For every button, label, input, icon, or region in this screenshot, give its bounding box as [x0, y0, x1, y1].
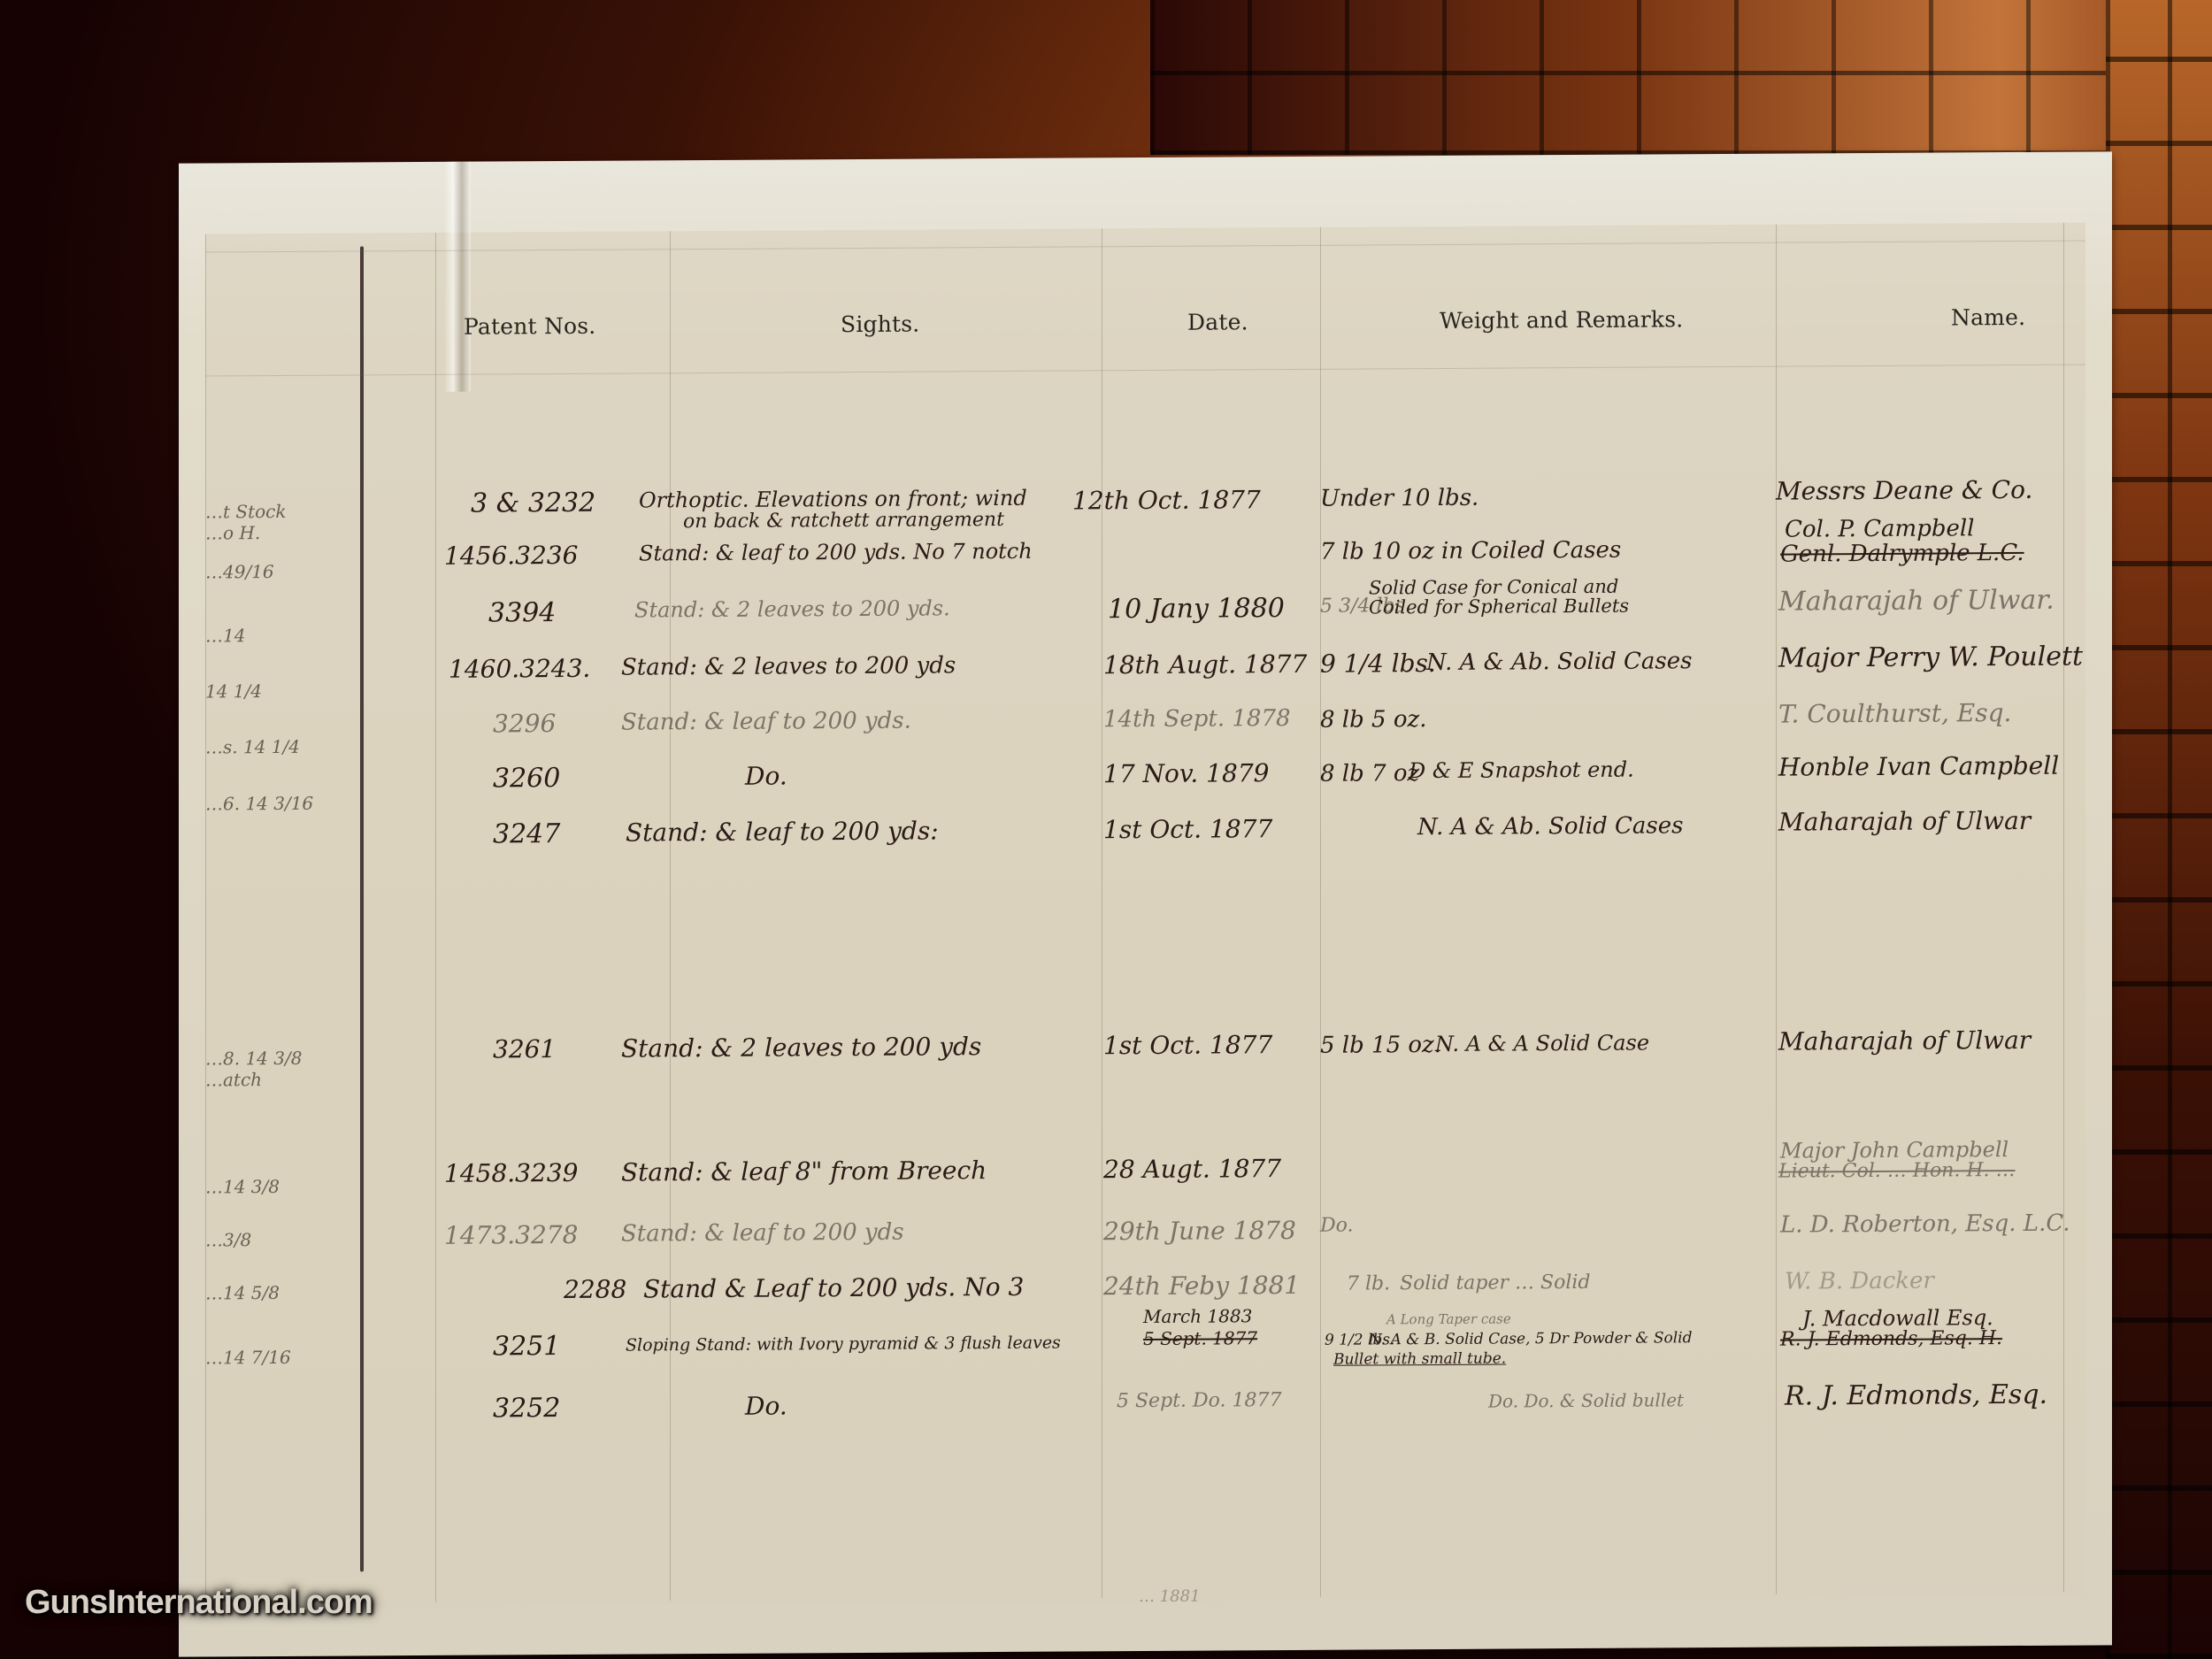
date-struck-text: 5 Sept. 1877: [1143, 1329, 1257, 1348]
remarks-weight: 8 lb 5 oz.: [1320, 708, 1426, 732]
remarks-text: Do.: [1320, 1217, 1354, 1236]
name-text: J. Macdowall Esq.: [1802, 1307, 1993, 1329]
remarks-weight: 7 lb.: [1347, 1274, 1390, 1294]
margin-note: 14 1/4: [205, 680, 262, 702]
paper-fold: [444, 162, 471, 392]
column-rule: [1102, 228, 1102, 1598]
patent-number: 2288: [564, 1278, 626, 1302]
margin-note: …6. 14 3/16: [205, 793, 313, 815]
patent-number: 1458.3239: [444, 1161, 578, 1187]
remarks-text: Solid taper … Solid: [1400, 1273, 1591, 1294]
remarks-text: 7 lb 10 oz in Coiled Cases: [1320, 539, 1621, 564]
column-rule: [435, 233, 436, 1602]
sights-text: Stand: & 2 leaves to 200 yds: [621, 1034, 981, 1061]
header-weight-remarks: Weight and Remarks.: [1440, 306, 1683, 334]
margin-note: …atch: [205, 1069, 262, 1090]
patent-number: 3251: [493, 1333, 560, 1360]
name-struck-text: R. J. Edmonds, Esq. H.: [1780, 1329, 2002, 1350]
sights-text: Stand: & leaf to 200 yds: [621, 1221, 904, 1246]
sights-text: Stand: & leaf to 200 yds:: [626, 818, 939, 845]
remarks-text: N. A & Ab. Solid Cases: [1426, 649, 1693, 674]
sights-text: Stand: & leaf to 200 yds.: [621, 710, 911, 734]
patent-number: 3394: [488, 600, 556, 626]
sights-text: Do.: [745, 764, 787, 788]
watermark-logo: GunsInternational.com: [25, 1584, 373, 1622]
date-text: 18th Augt. 1877: [1103, 652, 1307, 678]
remarks-text: N. A & B. Solid Case, 5 Dr Powder & Soli…: [1369, 1331, 1692, 1348]
patent-number: 3260: [493, 765, 560, 792]
remarks-text: N. A & A Solid Case: [1435, 1033, 1649, 1055]
name-struck-text: Lieut. Col. … Hon. H. …: [1778, 1161, 2016, 1182]
sights-text: Stand: & leaf to 200 yds. No 7 notch: [639, 541, 1033, 565]
date-text: 17 Nov. 1879: [1103, 761, 1269, 787]
name-text: Maharajah of Ulwar: [1778, 809, 2031, 835]
column-rule: [205, 234, 206, 1603]
sights-text: Do.: [745, 1394, 787, 1418]
remarks-text: D & E Snapshot end.: [1409, 759, 1634, 782]
name-text: Maharajah of Ulwar: [1778, 1028, 2031, 1055]
patent-number: 1460.3243.: [449, 657, 590, 682]
column-rule: [1320, 227, 1321, 1597]
column-rule: [670, 231, 671, 1601]
remarks-text: Bullet with small tube.: [1333, 1352, 1506, 1368]
sights-text: Sloping Stand: with Ivory pyramid & 3 fl…: [626, 1335, 1061, 1355]
date-text: 1st Oct. 1877: [1103, 817, 1272, 842]
date-text: 24th Feby 1881: [1103, 1273, 1300, 1299]
date-text: 10 Jany 1880: [1108, 595, 1285, 623]
margin-note: …t Stock: [205, 501, 287, 523]
name-text: R. J. Edmonds, Esq.: [1785, 1382, 2047, 1410]
margin-note: …8. 14 3/8: [205, 1048, 302, 1070]
remarks-text: Under 10 lbs.: [1320, 487, 1479, 511]
sights-text: Stand: & leaf 8" from Breech: [621, 1158, 987, 1186]
remarks-note: A Long Taper case: [1386, 1312, 1511, 1326]
margin-rule: [360, 246, 364, 1571]
patent-number: 3 & 3232: [471, 490, 595, 518]
remarks-weight: 5 lb 15 oz.: [1320, 1033, 1441, 1057]
remarks-text: N. A & Ab. Solid Cases: [1417, 814, 1684, 839]
name-text: W. B. Dacker: [1785, 1270, 1934, 1294]
column-rule: [2063, 223, 2064, 1593]
remarks-text: Do. Do. & Solid bullet: [1488, 1391, 1684, 1409]
date-text: 29th June 1878: [1103, 1218, 1296, 1244]
date-text: 12th Oct. 1877: [1072, 488, 1261, 513]
sights-text: Orthoptic. Elevations on front; wind: [639, 488, 1027, 511]
name-text: Honble Ivan Campbell: [1778, 754, 2059, 780]
leather-background-right: [2106, 0, 2212, 1659]
faint-bottom-text: … 1881: [1139, 1589, 1201, 1605]
remarks-weight: 8 lb 7 oz: [1320, 762, 1419, 786]
name-text: Major Perry W. Poulett: [1778, 644, 2083, 672]
remarks-text: Coiled for Spherical Bullets: [1369, 597, 1629, 618]
patent-number: 1456.3236: [444, 543, 578, 569]
name-text: Maharajah of Ulwar.: [1778, 588, 2055, 616]
sights-text: Stand & Leaf to 200 yds. No 3: [643, 1275, 1024, 1302]
margin-note: …14 5/8: [205, 1282, 280, 1304]
patent-number: 3261: [493, 1037, 556, 1062]
header-sights: Sights.: [841, 311, 919, 338]
margin-note: …14 3/8: [205, 1176, 280, 1198]
margin-note: …o H.: [205, 522, 260, 543]
date-text: 5 Sept. Do. 1877: [1117, 1391, 1281, 1411]
date-text: 1st Oct. 1877: [1103, 1033, 1272, 1058]
column-rule: [1776, 225, 1777, 1594]
patent-number: 3252: [493, 1395, 560, 1422]
patent-number: 1473.3278: [444, 1223, 578, 1248]
sights-text: on back & ratchett arrangement: [683, 511, 1004, 532]
sights-text: Stand: & 2 leaves to 200 yds: [621, 654, 956, 679]
header-date: Date.: [1187, 309, 1248, 334]
name-text: L. D. Roberton, Esq. L.C.: [1780, 1212, 2070, 1237]
name-text: Messrs Deane & Co.: [1776, 478, 2032, 504]
name-text: Major John Campbell: [1780, 1139, 2008, 1162]
date-text: March 1883: [1143, 1307, 1252, 1325]
sights-text: Stand: & 2 leaves to 200 yds.: [634, 597, 950, 620]
remarks-weight: 9 1/4 lbs.: [1320, 651, 1436, 677]
margin-note: …49/16: [205, 561, 274, 582]
patent-number: 3247: [493, 821, 560, 848]
name-text: Col. P. Campbell: [1785, 517, 1975, 541]
margin-note: …3/8: [205, 1229, 251, 1250]
date-text: 14th Sept. 1878: [1103, 707, 1291, 731]
leather-background-top: [1150, 0, 2212, 155]
ledger-page: Patent Nos. Sights. Date. Weight and Rem…: [179, 151, 2112, 1656]
name-struck-text: Genl. Dalrymple L.C.: [1780, 541, 2024, 566]
date-text: 28 Augt. 1877: [1103, 1156, 1281, 1182]
margin-note: …14: [205, 625, 245, 646]
margin-note: …14 7/16: [205, 1347, 291, 1369]
header-name: Name.: [1951, 304, 2025, 331]
name-text: T. Coulthurst, Esq.: [1778, 701, 2011, 727]
header-patent-nos: Patent Nos.: [464, 313, 595, 340]
patent-number: 3296: [493, 711, 556, 736]
margin-note: …s. 14 1/4: [205, 736, 300, 758]
